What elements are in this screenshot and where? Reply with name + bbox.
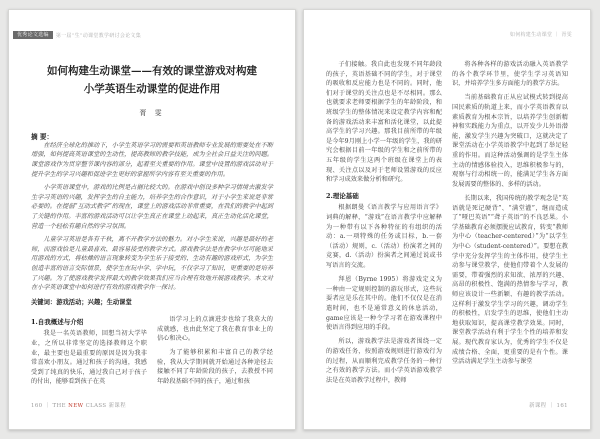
page-right: 如何构建生动课堂 ｜ 胥雯 子们接触。我自此也发现不同年龄段的孩子，英语基础不同… <box>303 9 591 430</box>
footer-separator: ｜ <box>45 403 51 409</box>
left-page-footer: 160 ｜ THE NEW CLASS 新课程 <box>31 401 126 409</box>
page-number-right: 161 <box>557 403 569 409</box>
left-page-column-1: 1.自我概述与介绍 我是一名英语教师，回想当初大学毕业，之所以非常坚定的选择教师… <box>31 315 147 392</box>
article-title-line1: 如何构建生动课堂——有效的课堂游戏对构建 <box>37 62 267 80</box>
journal-name-cn: CLASS 新课程 <box>84 403 127 409</box>
page-left: 优秀论文选编 第一届“生”动课堂教学研讨会论文集 如何构建生动课堂——有效的课堂… <box>8 9 296 430</box>
article-title-line2: 小学英语生动课堂的促进作用 <box>37 80 267 98</box>
section-2-heading: 2.理论基础 <box>326 191 442 200</box>
right-running-head: 如何构建生动课堂 ｜ 胥雯 <box>510 31 572 38</box>
body-paragraph: 根据朗曼《语言教学与应用语言学》词典的解释，“游戏”在语言教学中应解释为一种带有… <box>326 203 442 270</box>
abstract-paragraph: 在经济全球化的推动下，小学生英语学习的需要和英语教师专业发展的需要处在不断增强，… <box>31 141 273 179</box>
right-page-columns: 子们接触。我自此也发现不同年龄段的孩子，英语基础不同的学生，对于课堂的吸收和反应… <box>326 60 568 390</box>
body-paragraph: 所以，游戏教学法是游戏者围绕一定的游戏任务，按照游戏规则进行游戏行为的过程，从而… <box>326 337 442 385</box>
article-author: 胥 雯 <box>31 108 273 118</box>
keywords-line: 关键词：游戏活动；兴趣；生动课堂 <box>31 297 273 306</box>
body-paragraph: 我是一名英语教师，回想当初大学毕业，之所以非常坚定的选择教师这个职业，最主要也是… <box>31 329 147 387</box>
journal-name-en-accent: NEW <box>68 403 83 409</box>
body-paragraph: 为了能够积累和丰富自己的教学经验，我从大学期间就开始通过各种途径去接触不同了年龄… <box>157 348 273 386</box>
abstract-paragraph: 小学英语课堂中，游戏的比例是占据比较大的。在游戏中创设多种学习情境去激发学生学习… <box>31 183 273 231</box>
abstract-paragraph: 儿童学习英语是各有千秋，离不开教学方法的魅力。对小学生来说，兴趣是最好的老师，而… <box>31 235 273 293</box>
left-page-columns: 1.自我概述与介绍 我是一名英语教师，回想当初大学毕业，之所以非常坚定的选择教师… <box>31 315 273 392</box>
body-paragraph: 当前基础教育正从应试模式转到提高国民素质的轨道上来，而小学英语教育以素质教育为根… <box>452 93 568 189</box>
body-paragraph: 拜恩（Byrne 1995）将游戏定义为一种由一定规则控制的游玩形式，这些玩耍者… <box>326 275 442 333</box>
body-paragraph: 长期以来，我国传统的教学观念是“英语就是死记硬背”、“满堂灌”，继而造成了“哑巴… <box>452 194 568 367</box>
running-head-badge: 优秀论文选编 <box>13 31 53 39</box>
journal-name-cn-right: 新课程 <box>529 403 546 409</box>
section-1-heading: 1.自我概述与介绍 <box>31 317 147 326</box>
keywords-label: 关键词： <box>31 299 56 306</box>
journal-name-en: THE <box>53 403 69 409</box>
page-number-left: 160 <box>31 403 43 409</box>
left-page-column-2: 语学习上的点滴进步也给了我莫大的成就感，也由此坚定了我在教育事业上的信心和决心。… <box>157 315 273 392</box>
right-page-footer: 新课程 ｜ 161 <box>529 401 568 409</box>
left-running-head: 优秀论文选编 第一届“生”动课堂教学研讨会论文集 <box>13 31 141 39</box>
abstract-label: 摘 要： <box>31 131 273 141</box>
right-page-column-1: 子们接触。我自此也发现不同年龄段的孩子，英语基础不同的学生，对于课堂的吸收和反应… <box>326 60 442 390</box>
keywords-text: 游戏活动；兴趣；生动课堂 <box>56 299 132 306</box>
body-paragraph: 子们接触。我自此也发现不同年龄段的孩子，英语基础不同的学生，对于课堂的吸收和反应… <box>326 60 442 185</box>
body-paragraph: 将各种各样的游戏活动融入英语教学的各个教学环节里，使学生学习英语知识，并培养学生… <box>452 60 568 89</box>
running-head-text: 第一届“生”动课堂教学研讨会论文集 <box>56 32 141 39</box>
body-paragraph: 语学习上的点滴进步也给了我莫大的成就感，也由此坚定了我在教育事业上的信心和决心。 <box>157 315 273 344</box>
article-title: 如何构建生动课堂——有效的课堂游戏对构建 小学英语生动课堂的促进作用 <box>37 62 267 99</box>
journal-spread: 优秀论文选编 第一届“生”动课堂教学研讨会论文集 如何构建生动课堂——有效的课堂… <box>0 0 600 439</box>
abstract-body: 在经济全球化的推动下，小学生英语学习的需要和英语教师专业发展的需要处在不断增强，… <box>31 141 273 293</box>
right-page-column-2: 将各种各样的游戏活动融入英语教学的各个教学环节里，使学生学习英语知识，并培养学生… <box>452 60 568 390</box>
footer-separator: ｜ <box>549 403 555 409</box>
